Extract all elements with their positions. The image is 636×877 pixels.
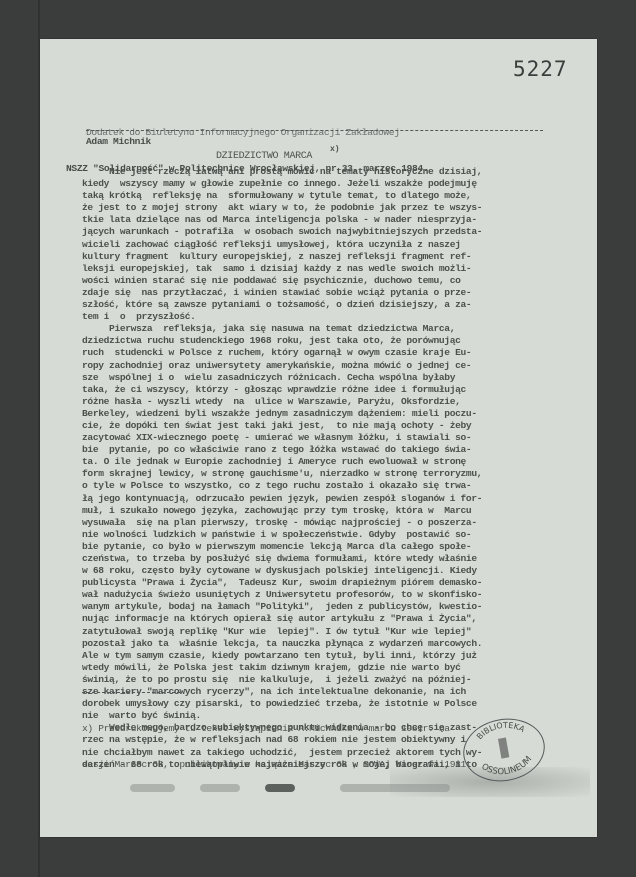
body-line: pozostał jako ta właśnie lekcja, ta nauc… <box>82 638 482 650</box>
body-line: wał nadużycia świeżo usuniętych z Uniwer… <box>82 589 482 601</box>
footnote-line1: x) Przedrukowujemy tu tekst wystąpienia … <box>82 723 471 735</box>
ink-smudge-mark <box>130 784 175 792</box>
body-line: łą jego kontynuacją, odrzucało pewien ję… <box>82 493 482 505</box>
body-line: wtedy mówili, że Polska jest takim dziwn… <box>82 662 482 674</box>
body-line: bie pytanie, po co właściwie rano z tego… <box>82 444 482 456</box>
body-line: ta. O ile jednak w Europie zachodniej i … <box>82 456 482 468</box>
body-line: zatytułował swoją replikę "Kur wie lepie… <box>82 626 482 638</box>
body-line: tem i o przyszłość. <box>82 311 482 323</box>
body-line: Berkeley, wiedzeni byli wszakże jednym z… <box>82 408 482 420</box>
body-line: form skrajnej lewicy, w stronę gauchisme… <box>82 468 482 480</box>
body-line: taką krótką refleksję na sformułowany w … <box>82 190 482 202</box>
ink-smudge-mark <box>265 784 295 792</box>
body-line: w 68 roku, często były cytowane w dyskus… <box>82 565 482 577</box>
body-line: sze wspólnej i o wielu zasadniczych różn… <box>82 372 482 384</box>
body-line: cie, że dopóki ten świat jest taki jaki … <box>82 420 482 432</box>
author-name: Adam Michnik <box>86 136 151 148</box>
body-line: taka, że ci wszyscy, którzy - głosząc wp… <box>82 384 482 396</box>
footnote-divider <box>82 692 180 693</box>
body-line: szłość, które są zawsze pytaniami o tożs… <box>82 299 482 311</box>
header-divider <box>86 130 543 131</box>
body-line: zdaje się nas przytłaczać, i winien staw… <box>82 287 482 299</box>
body-line: muł, i szukało nowego języka, zachowując… <box>82 505 482 517</box>
ink-smudge-mark <box>340 784 450 792</box>
body-text: Nie jest rzeczą łatwą ani prostą mówić n… <box>82 166 482 771</box>
body-line: wicieli zachować ciągłość refleksji umys… <box>82 239 482 251</box>
body-line: świnią, że to po prostu się nie kalkuluj… <box>82 674 482 686</box>
body-line: ruch studencki w Polsce z ruchem, który … <box>82 347 482 359</box>
body-line: wości winien starać się nie poddawać się… <box>82 275 482 287</box>
body-line: bie pytanie, co było w pierwszym momenci… <box>82 541 482 553</box>
document-title: DZIEDZICTWO MARCA <box>216 151 312 163</box>
body-line: czeństwa, to trzeba by posłużyć się dwie… <box>82 553 482 565</box>
body-line: ropy zachodniej oraz uniwersytety ameryk… <box>82 360 482 372</box>
body-line: wanym artykule, bodaj na łamach "Polityk… <box>82 601 482 613</box>
body-line: kultury fragment kultury europejskiej, z… <box>82 251 482 263</box>
body-line: wysuwała się na plan pierwszy, troskę - … <box>82 517 482 529</box>
body-line: jących warunkach - potrafiła w osobach s… <box>82 226 482 238</box>
document-page: 5227 Dodatek do Biuletynu Informacyjnego… <box>40 39 597 837</box>
body-line: Nie jest rzeczą łatwą ani prostą mówić n… <box>82 166 482 178</box>
body-line: różne hasła - wyszli wtedy na ulice w Wa… <box>82 396 482 408</box>
body-line: zacytować XIX-wiecznego poetę - umierać … <box>82 432 482 444</box>
body-line: nie wolności ludzkich w państwie i w spo… <box>82 529 482 541</box>
body-line: Ale w tym samym czasie, kiedy powtarzano… <box>82 650 482 662</box>
body-line: Pierwsza refleksja, jaka się nasuwa na t… <box>82 323 482 335</box>
title-footnote-mark: x) <box>330 145 340 154</box>
body-line: nując informacje na których opierał się … <box>82 613 482 625</box>
body-line: leksji europejskiej, tak samo i dzisiaj … <box>82 263 482 275</box>
body-line: dziedzictwa ruchu studenckiego 1968 roku… <box>82 335 482 347</box>
body-line: tkie lata dzielące nas od Marca intelige… <box>82 214 482 226</box>
archive-number: 5227 <box>513 57 568 81</box>
ink-smudge-mark <box>200 784 240 792</box>
body-line: kiedy wszyscy mamy w głowie zupełnie co … <box>82 178 482 190</box>
body-line: że jest to z mojej strony akt wiary w to… <box>82 202 482 214</box>
body-line: o tyle w Polsce to wszystko, co z tego r… <box>82 480 482 492</box>
body-line: publicysta "Prawa i Życia", Tadeusz Kur,… <box>82 577 482 589</box>
